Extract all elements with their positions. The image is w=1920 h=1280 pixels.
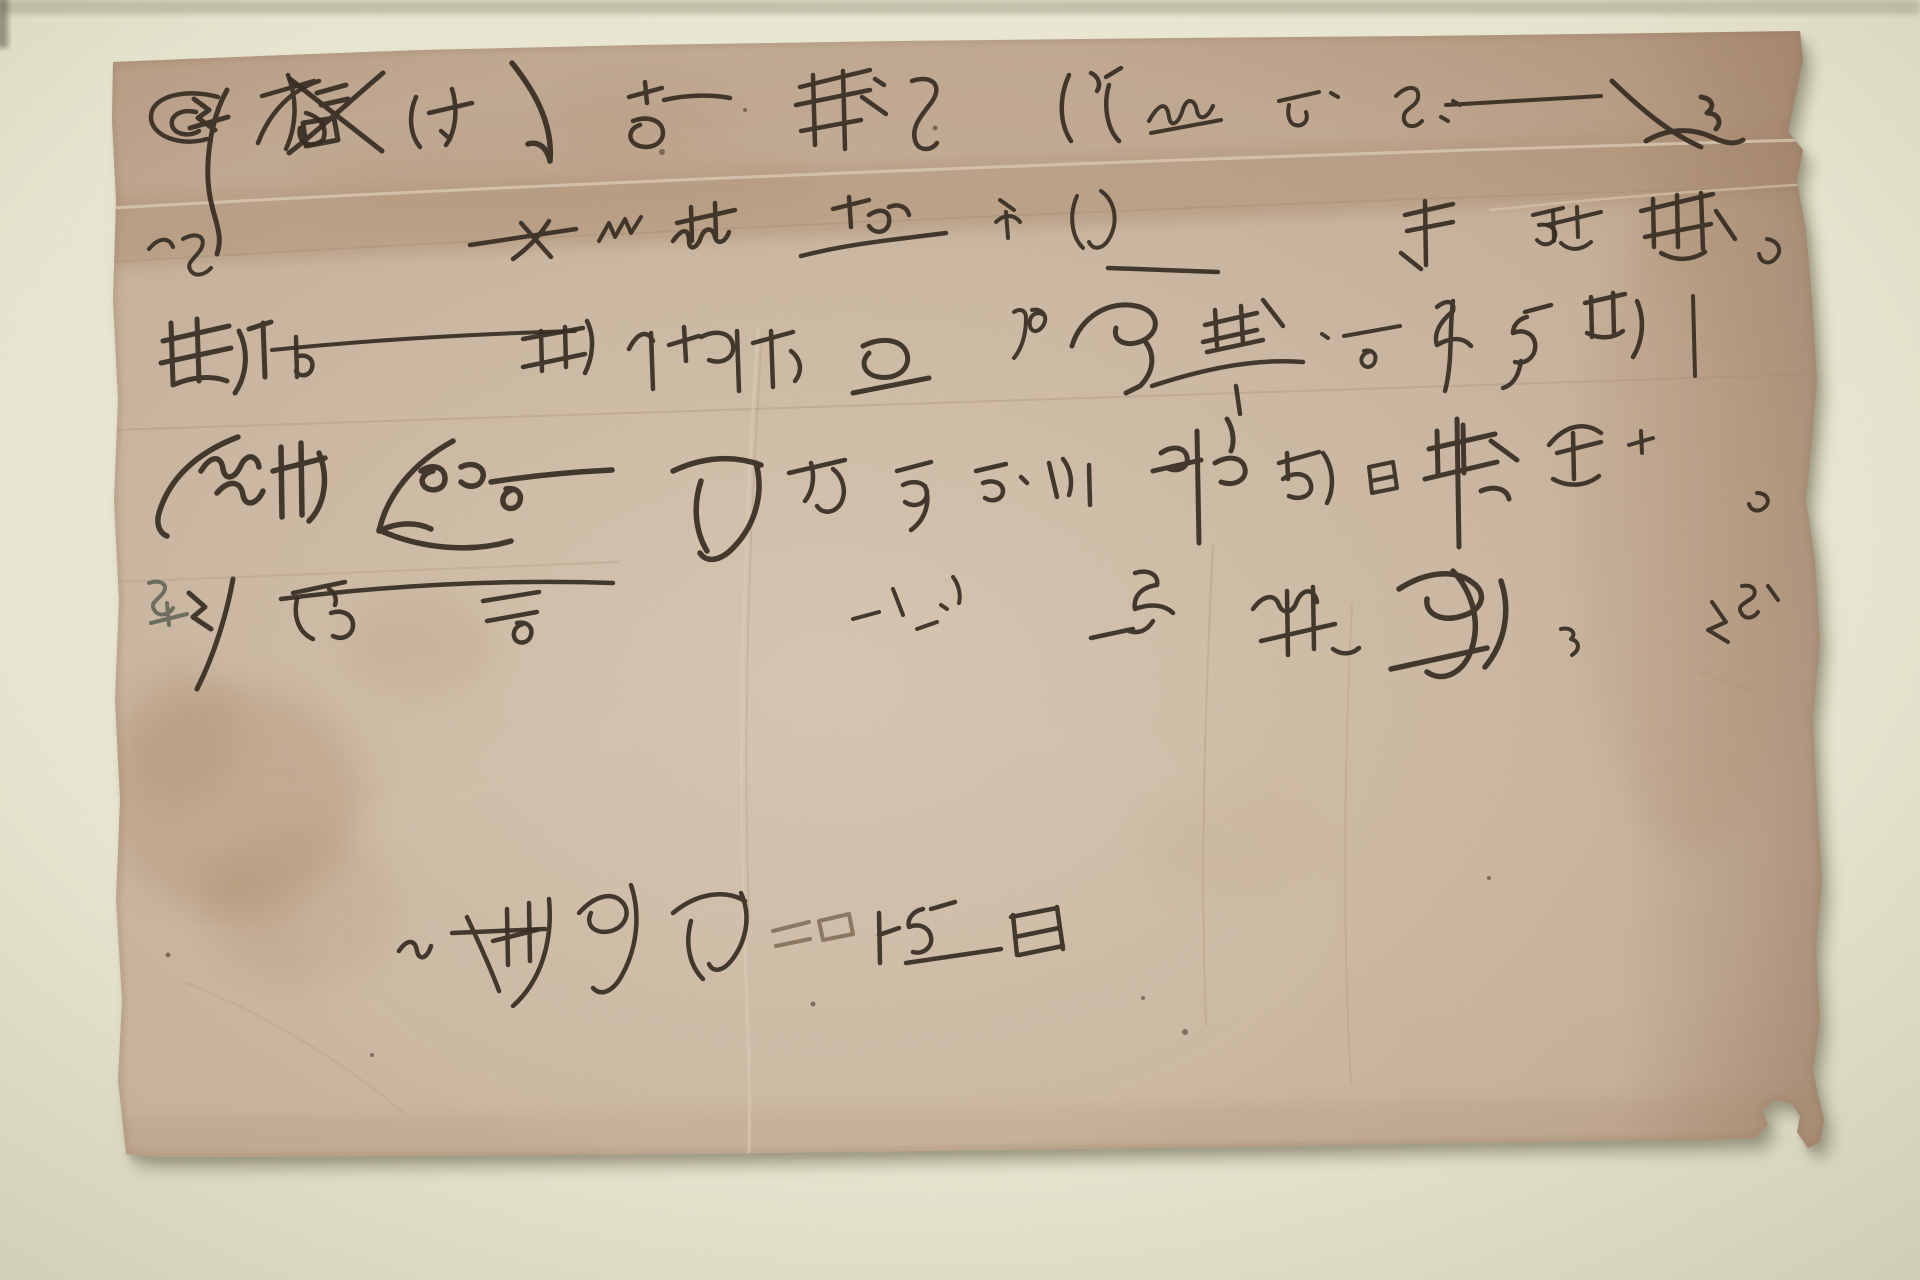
photo-of-manuscript: Photograph of an aged sheet of handmade … — [0, 0, 1920, 1280]
photo-grain-texture — [0, 0, 1920, 1280]
manuscript-scene — [0, 0, 1920, 1280]
